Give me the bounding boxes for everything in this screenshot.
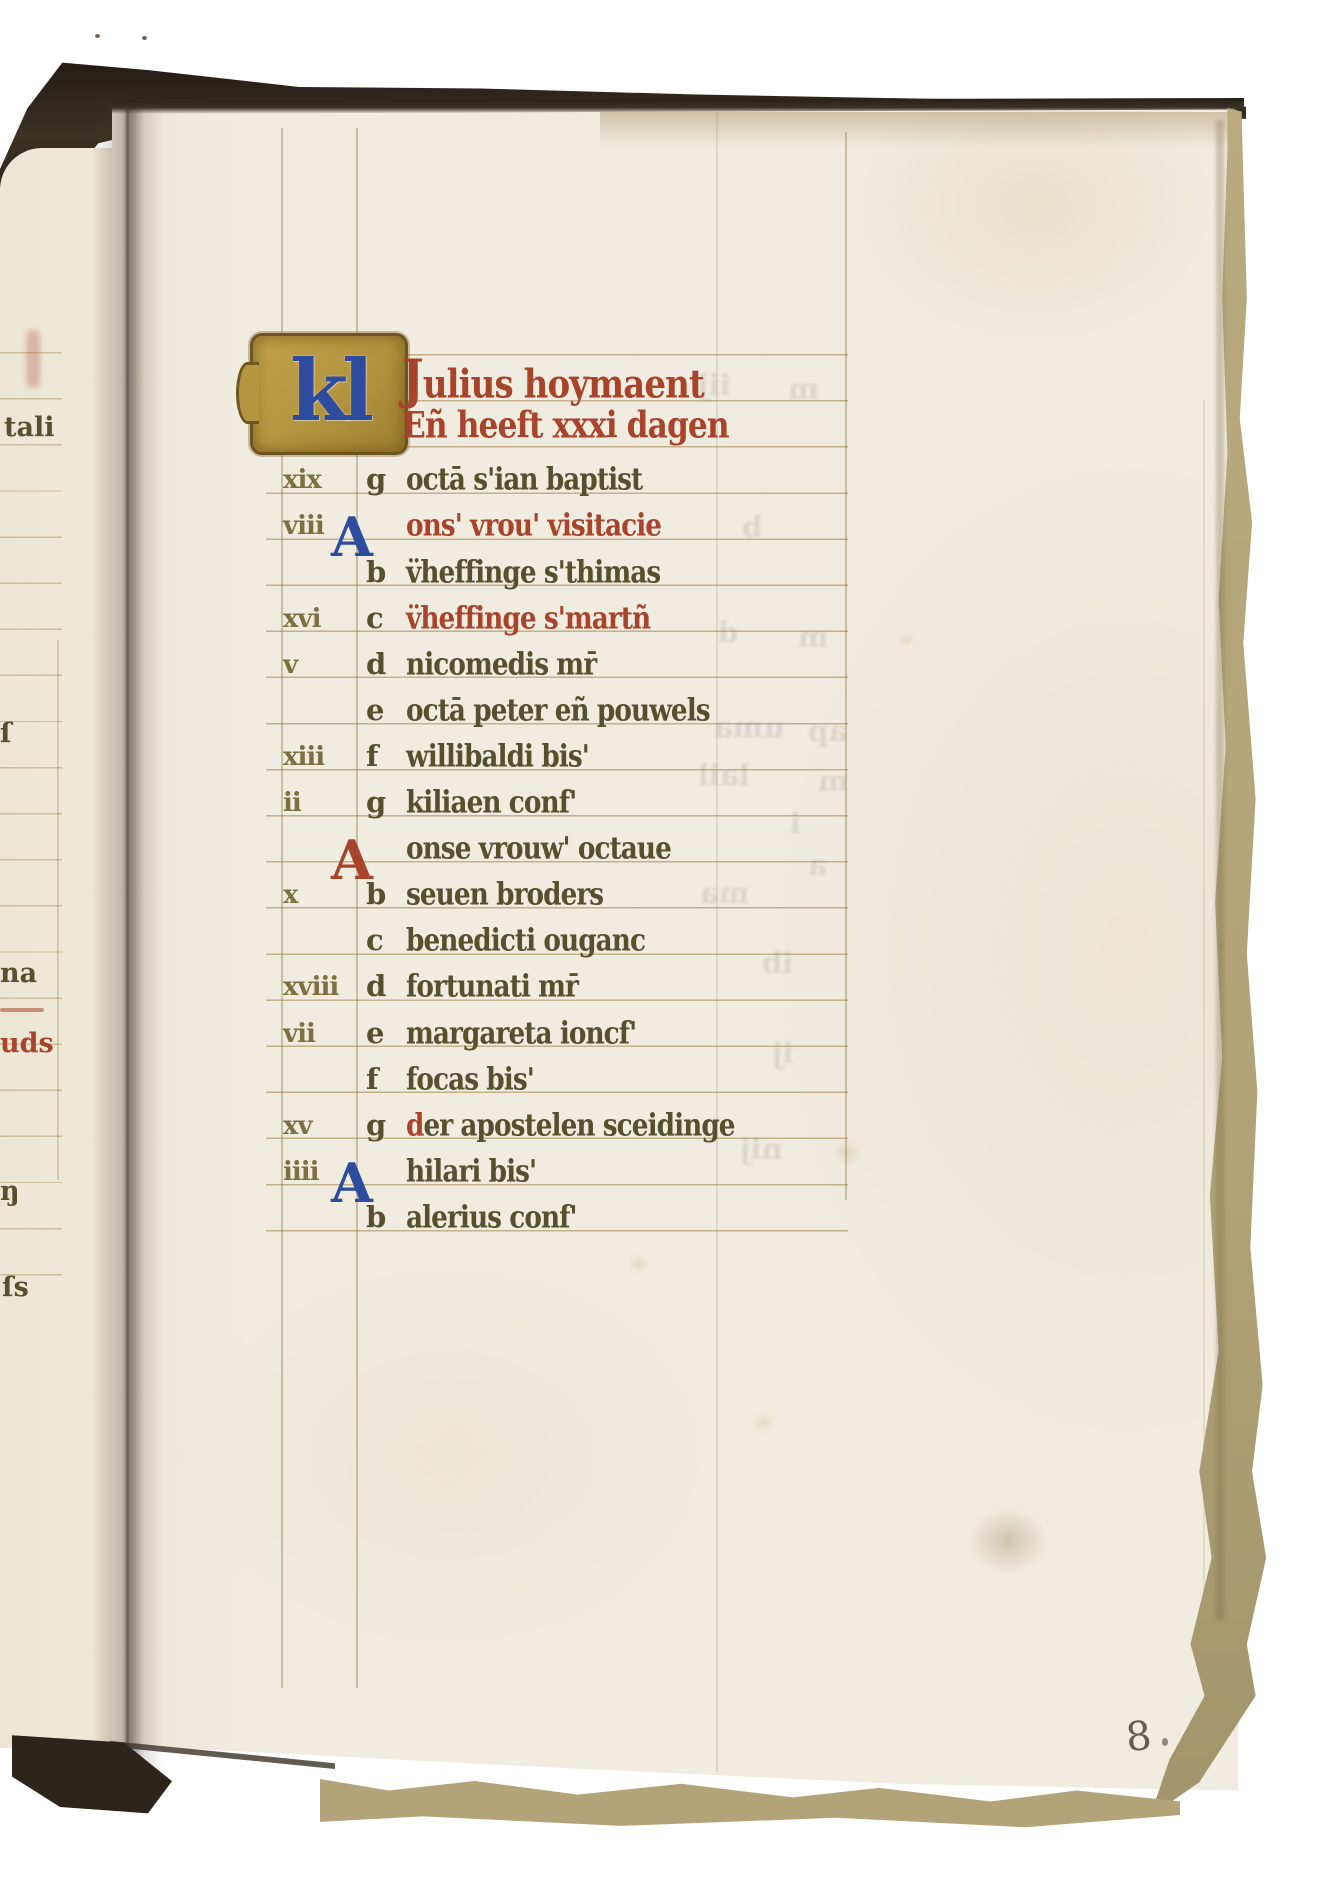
dominical-letter: e (366, 693, 384, 727)
feast-entry: margareta ioncf' (406, 1015, 636, 1051)
dominical-letter: b (366, 555, 386, 589)
manuscript-photo: { "colors": { "parchment": "#f1ece0", "i… (0, 0, 1326, 1890)
golden-number: xix (283, 465, 321, 495)
feast-entry: v̈heffinge s'thimas (406, 554, 660, 590)
feast-entry: der apostelen sceidinge (406, 1107, 735, 1143)
calendar-row: xvi c v̈heffinge s'martñ (245, 593, 870, 639)
facing-page-vertical-rule (57, 640, 59, 1180)
month-title-line-2: Eñ heeft xxxi dagen (402, 401, 729, 450)
left-fragment: ſ (0, 718, 12, 749)
dust-speck (142, 36, 147, 40)
dominical-letter: d (366, 969, 386, 1003)
golden-number: ii (283, 788, 301, 818)
dominical-letter: b (366, 1200, 386, 1234)
feast-entry: seuen broders (406, 876, 603, 912)
golden-number: v (283, 650, 297, 680)
golden-number: xviii (283, 972, 338, 1002)
red-underline-fragment (0, 1008, 44, 1012)
calendar-row: xviii d fortunati mr̄ (245, 961, 870, 1007)
red-ink-smudge (26, 330, 40, 388)
dominical-letter: e (366, 1016, 384, 1050)
dominical-letter: d (366, 647, 386, 681)
calendar-row: b alerius conf' (245, 1192, 870, 1238)
feast-entry: octā s'ian baptist (406, 461, 642, 497)
feast-entry: v̈heffinge s'martñ (406, 600, 650, 636)
golden-number: xv (283, 1111, 312, 1141)
stain (898, 632, 916, 648)
feast-entry: fortunati mr̄ (406, 968, 578, 1004)
page-crease (1203, 400, 1205, 1600)
page-top-toning (600, 112, 1242, 148)
calendar-row: v d nicomedis mr̄ (245, 639, 870, 685)
left-fragment: ſs (2, 1272, 29, 1303)
folio-number: 8 (1124, 1713, 1154, 1761)
dominical-letter: g (366, 1108, 386, 1142)
fore-edge-shadow (1216, 120, 1224, 1620)
calendar-row: viii A ons' vrou' visitacie (245, 500, 870, 546)
stain (628, 1254, 650, 1274)
gutter-crease (126, 104, 129, 1774)
calendar-row: f focas bis' (245, 1054, 870, 1100)
left-fragment: uds (0, 1028, 54, 1059)
calendar-row: xiii f willibaldi bis' (245, 731, 870, 777)
month-title-line-1: Julius hoymaent (402, 355, 704, 404)
stain (968, 1508, 1048, 1574)
golden-number: x (283, 880, 298, 910)
calendar-row: ii g kiliaen conf' (245, 777, 870, 823)
kl-monogram-block: kl (250, 333, 408, 455)
dominical-letter: b (366, 877, 386, 911)
calendar-row: iiii A hilari bis' (245, 1146, 870, 1192)
left-fragment: tali (4, 412, 54, 443)
facing-page-ruling (0, 352, 62, 1304)
dominical-letter: g (366, 462, 386, 496)
golden-number: xiii (283, 742, 324, 772)
calendar-row: c benedicti ouganc (245, 915, 870, 961)
feast-entry: kiliaen conf' (406, 784, 576, 820)
stain (750, 1412, 776, 1434)
golden-number: vii (283, 1019, 315, 1049)
golden-number: iiii (283, 1157, 319, 1187)
dominical-letter: f (366, 739, 378, 773)
calendar-row: vii e margareta ioncf' (245, 1008, 870, 1054)
folio-number-tick (1162, 1738, 1168, 1746)
feast-entry: hilari bis' (406, 1153, 536, 1189)
calendar-row: xix g octā s'ian baptist (245, 454, 870, 500)
show-through-mark: m (788, 372, 819, 406)
dust-speck (95, 34, 100, 38)
feast-entry: focas bis' (406, 1061, 534, 1097)
feast-entry: onse vrouw' octaue (406, 830, 671, 866)
golden-number: xvi (283, 604, 321, 634)
dominical-letter: c (366, 601, 384, 635)
calendar-row: b v̈heffinge s'thimas (245, 547, 870, 593)
calendar-row: xv g der apostelen sceidinge (245, 1100, 870, 1146)
feast-entry: benedicti ouganc (406, 922, 645, 958)
dominical-letter: f (366, 1062, 378, 1096)
calendar-row: x b seuen broders (245, 869, 870, 915)
feast-entry: willibaldi bis' (406, 738, 589, 774)
dominical-letter: g (366, 785, 386, 819)
left-fragment: na (0, 958, 37, 989)
calendar-row: e octā peter eñ pouwels (245, 685, 870, 731)
feast-entry: ons' vrou' visitacie (406, 507, 661, 543)
feast-entry-rest: er apostelen sceidinge (423, 1107, 734, 1143)
feast-entry: nicomedis mr̄ (406, 646, 596, 682)
feast-entry-red-initial: d (406, 1107, 423, 1143)
dominical-letter: c (366, 923, 384, 957)
feast-entry: alerius conf' (406, 1199, 577, 1235)
feast-entry: octā peter eñ pouwels (406, 692, 710, 728)
kl-monogram-letters: kl (253, 332, 405, 448)
calendar-row: A onse vrouw' octaue (245, 823, 870, 869)
left-fragment: ŋ (0, 1176, 20, 1207)
golden-number: viii (283, 511, 324, 541)
